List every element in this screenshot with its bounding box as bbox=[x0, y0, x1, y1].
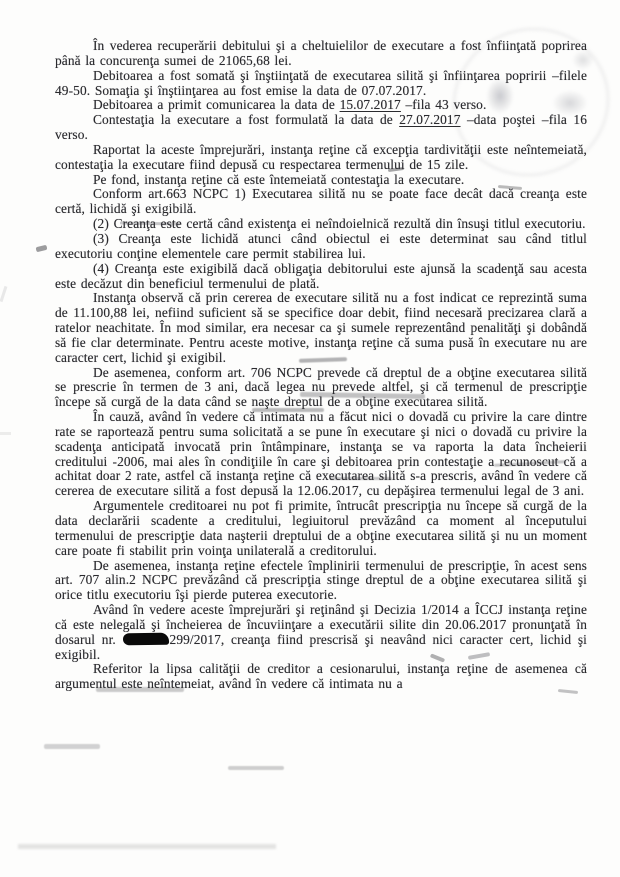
text-run: Debitoarea a primit comunicarea la data … bbox=[93, 97, 340, 112]
paragraph: Contestaţia la executare a fost formulat… bbox=[55, 113, 587, 143]
paragraph: Debitoarea a primit comunicarea la data … bbox=[55, 98, 587, 113]
text-run: De asemenea, instanţa reţine efectele îm… bbox=[55, 558, 587, 603]
paragraph: Având în vedere aceste împrejurări şi re… bbox=[55, 603, 587, 662]
text-run: Instanţa observă că prin cererea de exec… bbox=[55, 290, 587, 364]
text-run: Argumentele creditoarei nu pot fi primit… bbox=[55, 498, 587, 558]
text-run: În vederea recuperării debitului şi a ch… bbox=[55, 38, 587, 68]
paragraph: Argumentele creditoarei nu pot fi primit… bbox=[55, 499, 587, 558]
redaction-box bbox=[122, 632, 168, 645]
text-run: De asemenea, conform art. 706 NCPC preve… bbox=[55, 365, 587, 410]
scan-smudge bbox=[36, 245, 48, 253]
paragraph: Referitor la lipsa calităţii de creditor… bbox=[55, 662, 587, 692]
text-run: (4) Creanţa este exigibilă dacă obligaţi… bbox=[55, 261, 587, 291]
paragraph: În cauză, având în vedere că intimata nu… bbox=[55, 410, 587, 499]
scan-shadow-band bbox=[18, 844, 276, 849]
text-run: Raportat la aceste împrejurări, instanţa… bbox=[55, 142, 587, 172]
paragraph: (2) Creanţa este certă când existenţa ei… bbox=[55, 217, 587, 232]
underlined-date: 15.07.2017 bbox=[340, 97, 401, 112]
paragraph: (4) Creanţa este exigibilă dacă obligaţi… bbox=[55, 262, 587, 292]
document-text: În vederea recuperării debitului şi a ch… bbox=[55, 39, 587, 692]
text-run: (3) Creanţa este lichidă atunci când obi… bbox=[55, 231, 587, 261]
underlined-date: 27.07.2017 bbox=[399, 112, 460, 127]
paragraph: Pe fond, instanţa reţine că este întemei… bbox=[55, 173, 587, 188]
scan-smudge bbox=[44, 744, 100, 749]
text-run: –fila 43 verso. bbox=[401, 97, 487, 112]
scan-edge-mark bbox=[0, 432, 11, 435]
text-run: (2) Creanţa este certă când existenţa ei… bbox=[93, 216, 586, 231]
text-run: Pe fond, instanţa reţine că este întemei… bbox=[93, 172, 464, 187]
text-run: Conform art.663 NCPC 1) Executarea silit… bbox=[55, 186, 587, 216]
paragraph: (3) Creanţa este lichidă atunci când obi… bbox=[55, 232, 587, 262]
text-run: Contestaţia la executare a fost formulat… bbox=[93, 112, 399, 127]
paragraph: Instanţa observă că prin cererea de exec… bbox=[55, 291, 587, 365]
text-run: În cauză, având în vedere că intimata nu… bbox=[55, 409, 587, 498]
text-run: Referitor la lipsa calităţii de creditor… bbox=[55, 661, 587, 691]
paragraph: De asemenea, conform art. 706 NCPC preve… bbox=[55, 366, 587, 411]
paragraph: De asemenea, instanţa reţine efectele îm… bbox=[55, 559, 587, 604]
scanned-page: În vederea recuperării debitului şi a ch… bbox=[0, 0, 620, 877]
paragraph: În vederea recuperării debitului şi a ch… bbox=[55, 39, 587, 69]
text-run: Debitoarea a fost somată şi înştiinţată … bbox=[55, 68, 587, 98]
paragraph: Conform art.663 NCPC 1) Executarea silit… bbox=[55, 187, 587, 217]
paragraph: Debitoarea a fost somată şi înştiinţată … bbox=[55, 69, 587, 99]
scan-smudge bbox=[228, 766, 284, 770]
scan-edge-mark bbox=[0, 286, 7, 302]
paragraph: Raportat la aceste împrejurări, instanţa… bbox=[55, 143, 587, 173]
